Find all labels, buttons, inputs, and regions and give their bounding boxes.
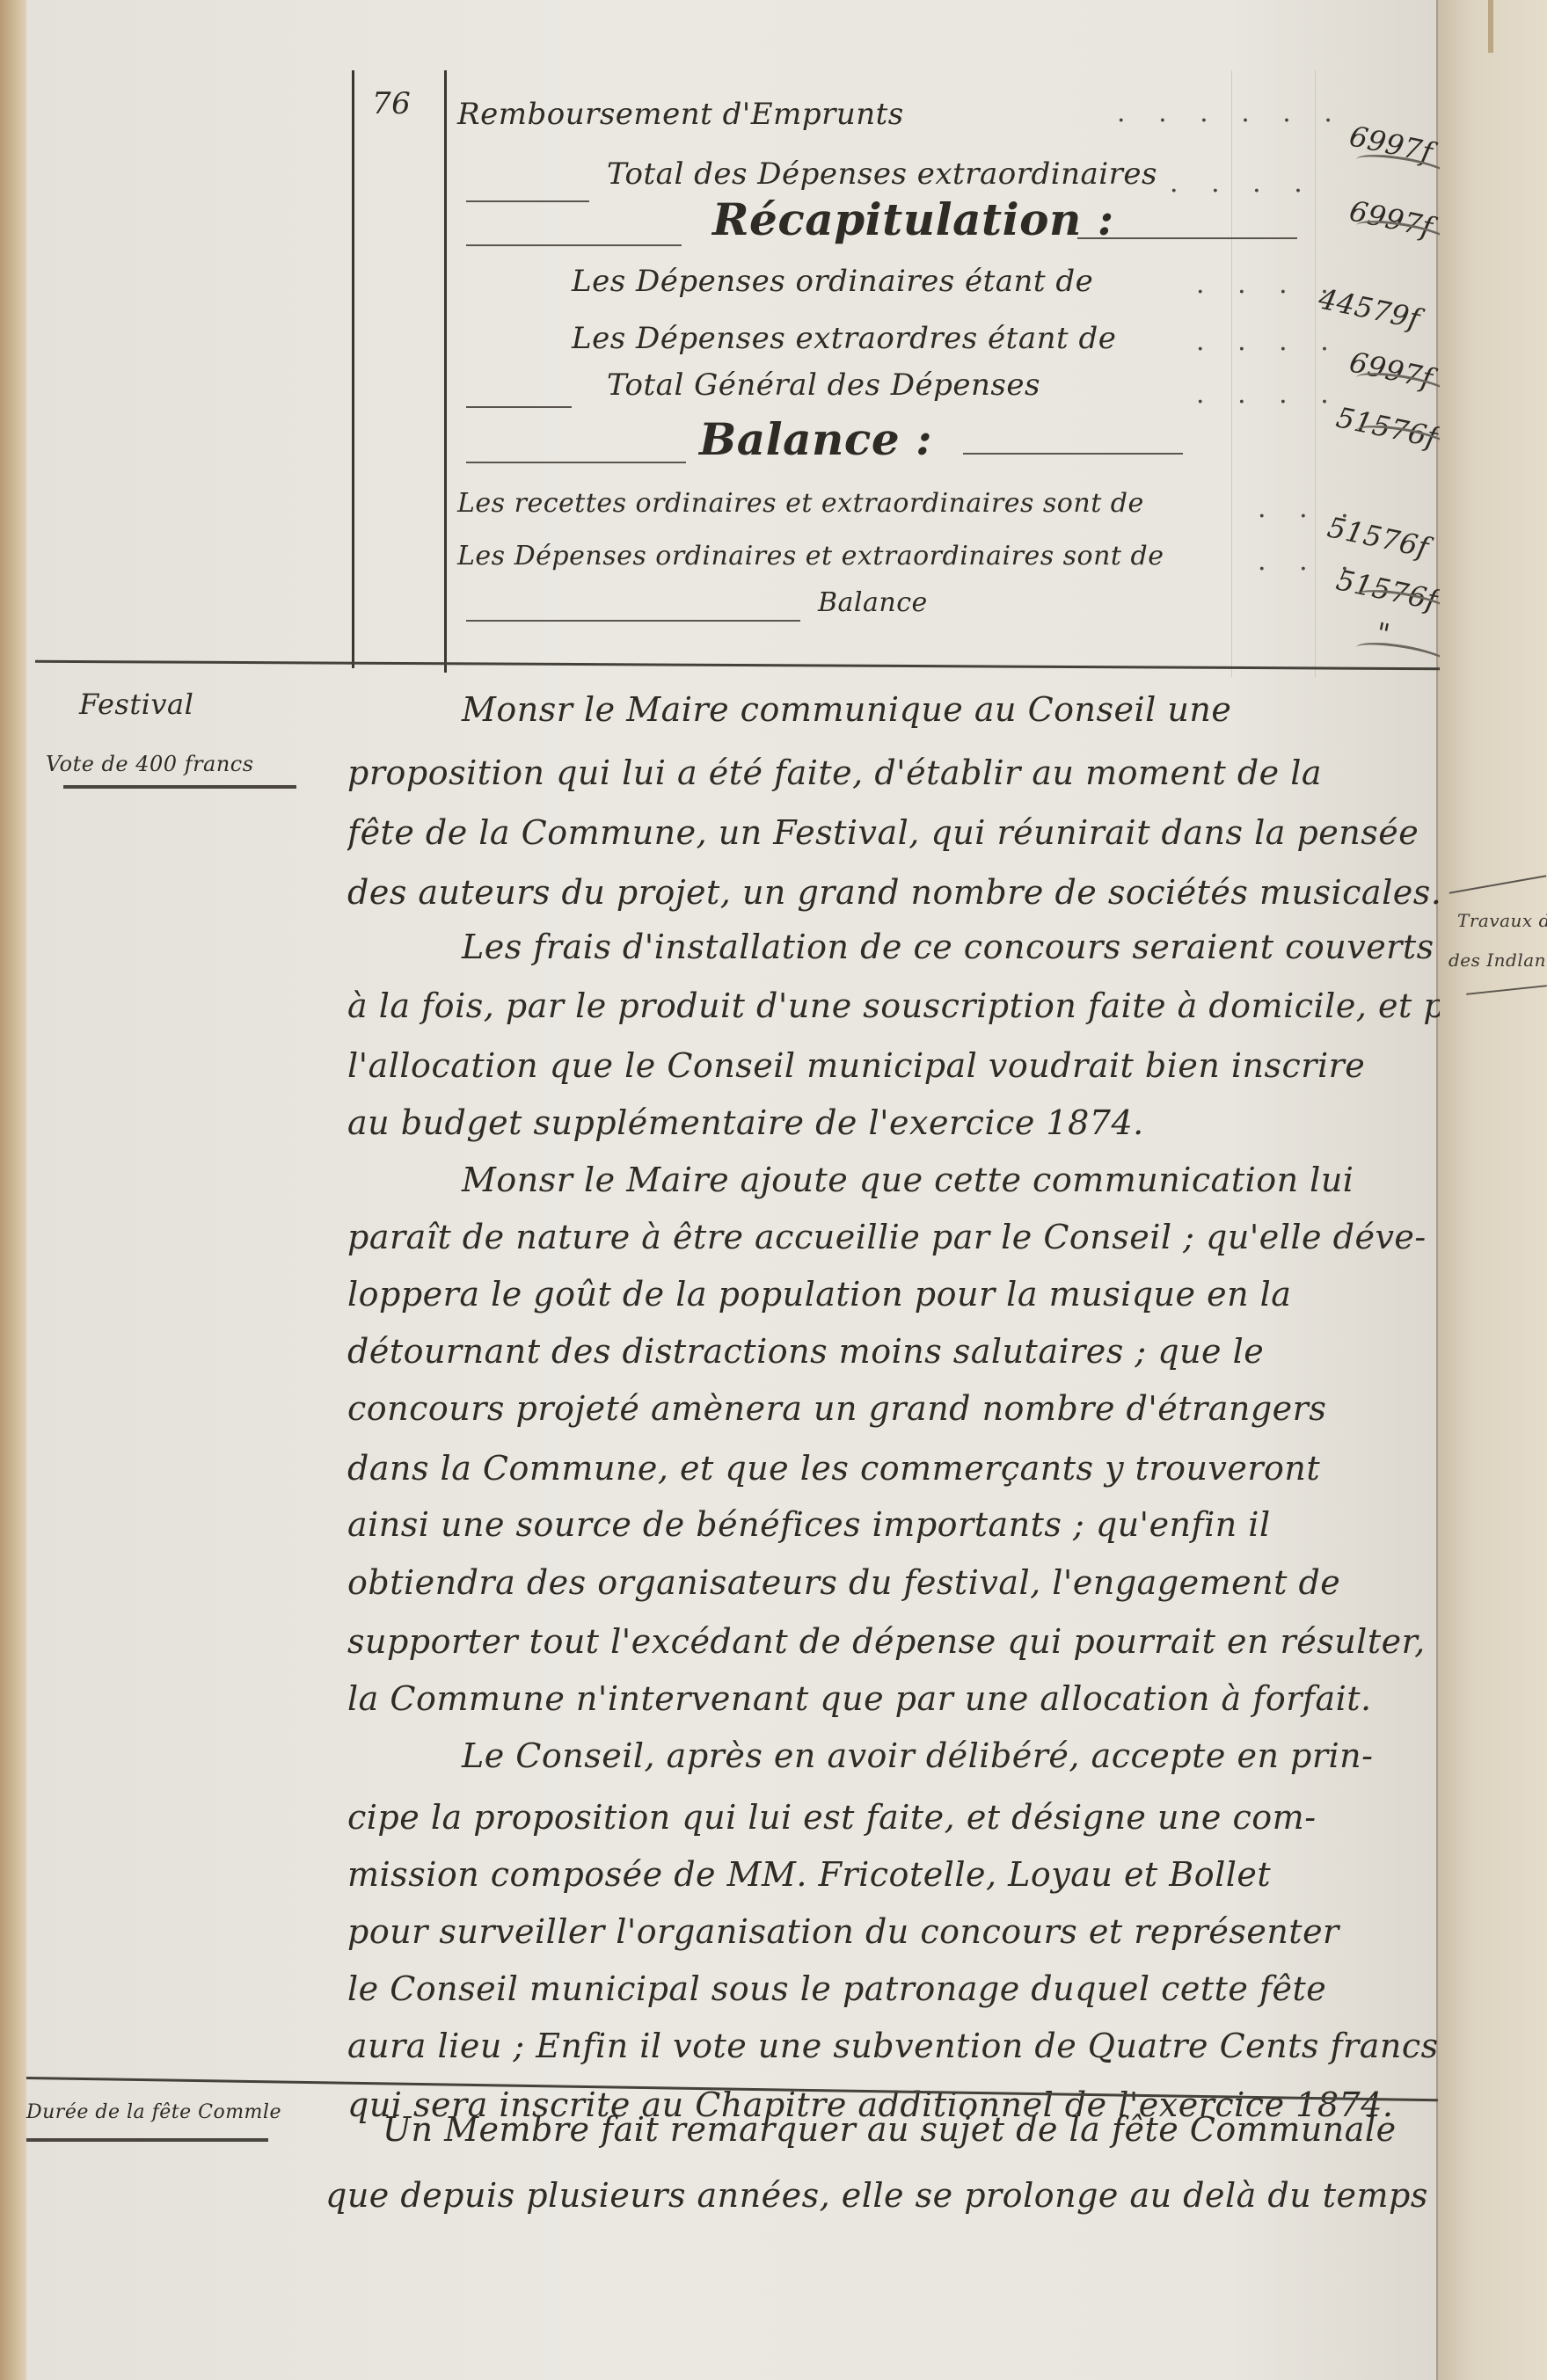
label-dash	[1077, 237, 1297, 239]
facing-page-note: des Indlantes a	[1448, 950, 1547, 971]
paragraph-line: loppera le goût de la population pour la…	[347, 1275, 1460, 1314]
paragraph-line: mission composée de MM. Fricotelle, Loya…	[347, 1855, 1460, 1894]
label-dash	[466, 462, 686, 463]
paragraph-line: à la fois, par le produit d'une souscrip…	[347, 986, 1460, 1025]
paragraph-line: des auteurs du projet, un grand nombre d…	[347, 873, 1460, 912]
label-dash	[466, 200, 589, 202]
leader-dots: · · · · · ·	[1117, 106, 1345, 136]
paragraph-line: au budget supplémentaire de l'exercice 1…	[347, 1103, 1460, 1142]
paragraph-line: paraît de nature à être accueillie par l…	[347, 1218, 1460, 1256]
table-rule-left	[352, 70, 354, 668]
budget-row-label: Balance	[818, 587, 928, 618]
budget-row-amount: 44579f	[1316, 281, 1423, 335]
paragraph-line: aura lieu ; Enfin il vote une subvention…	[347, 2027, 1460, 2065]
paragraph-line: proposition qui lui a été faite, d'établ…	[347, 753, 1460, 792]
paragraph-line: Les frais d'installation de ce concours …	[347, 928, 1460, 966]
budget-row-label: Les Dépenses ordinaires étant de	[572, 264, 1093, 299]
label-dash	[466, 406, 572, 408]
margin-title-festival: Festival	[79, 688, 193, 721]
paragraph-line: supporter tout l'excédant de dépense qui…	[347, 1622, 1460, 1661]
label-dash	[466, 620, 800, 622]
margin-subtitle-vote: Vote de 400 francs	[46, 752, 254, 776]
faint-column-rule	[1231, 70, 1232, 677]
leader-dots: · · · ·	[1170, 176, 1315, 207]
budget-row-number: 76	[372, 86, 411, 121]
facing-page-rule	[1466, 985, 1547, 995]
budget-row-label: Les Dépenses ordinaires et extraordinair…	[457, 541, 1164, 571]
paragraph-line: cipe la proposition qui lui est faite, e…	[347, 1798, 1460, 1837]
budget-row-label: Les recettes ordinaires et extraordinair…	[457, 488, 1144, 519]
facing-page-note: Travaux d'a	[1457, 910, 1547, 931]
margin-underline	[26, 2138, 268, 2142]
paragraph-line: Monsr le Maire ajoute que cette communic…	[347, 1161, 1460, 1199]
budget-table: 76 Remboursement d'Emprunts · · · · · · …	[26, 0, 1436, 677]
paragraph-line: la Commune n'intervenant que par une all…	[347, 1679, 1460, 1718]
budget-row-label: Les Dépenses extraordres étant de	[572, 321, 1116, 356]
margin-title-duree-fete: Durée de la fête Commle	[26, 2101, 281, 2123]
paragraph-line: Un Membre fait remarquer au sujet de la …	[277, 2110, 1460, 2149]
faint-column-rule	[1315, 70, 1316, 677]
paragraph-line: concours projeté amènera un grand nombre…	[347, 1389, 1460, 1428]
paragraph-line: dans la Commune, et que les commerçants …	[347, 1449, 1460, 1488]
facing-page-rule	[1449, 875, 1547, 893]
paragraph-line: obtiendra des organisateurs du festival,…	[347, 1563, 1460, 1602]
paragraph-line: détournant des distractions moins saluta…	[347, 1332, 1460, 1371]
label-dash	[963, 453, 1183, 455]
paragraph-line: fête de la Commune, un Festival, qui réu…	[347, 813, 1460, 852]
budget-row-label: Total des Dépenses extraordinaires	[607, 156, 1157, 192]
paragraph-line: l'allocation que le Conseil municipal vo…	[347, 1046, 1460, 1085]
paragraph-line: que depuis plusieurs années, elle se pro…	[325, 2176, 1460, 2215]
budget-row-label: Total Général des Dépenses	[607, 368, 1040, 403]
balance-heading: Balance :	[699, 413, 932, 465]
paragraph-line: Le Conseil, après en avoir délibéré, acc…	[347, 1736, 1460, 1775]
budget-row-label: Remboursement d'Emprunts	[457, 97, 904, 132]
recapitulation-heading: Récapitulation :	[712, 193, 1114, 245]
paragraph-line: pour surveiller l'organisation du concou…	[347, 1912, 1460, 1951]
ledger-page: 76 Remboursement d'Emprunts · · · · · · …	[26, 0, 1438, 2380]
paragraph-line: le Conseil municipal sous le patronage d…	[347, 1969, 1460, 2008]
facing-page-edge: Travaux d'a des Indlantes a	[1440, 0, 1547, 2380]
margin-underline	[63, 785, 296, 789]
table-rule-desc	[444, 70, 447, 673]
leader-dots: · · · ·	[1196, 387, 1341, 418]
paragraph-line: Monsr le Maire communique au Conseil une	[347, 690, 1460, 729]
paragraph-line: ainsi une source de bénéfices importants…	[347, 1505, 1460, 1544]
leader-dots: · · · ·	[1196, 334, 1341, 365]
label-dash	[466, 244, 682, 246]
